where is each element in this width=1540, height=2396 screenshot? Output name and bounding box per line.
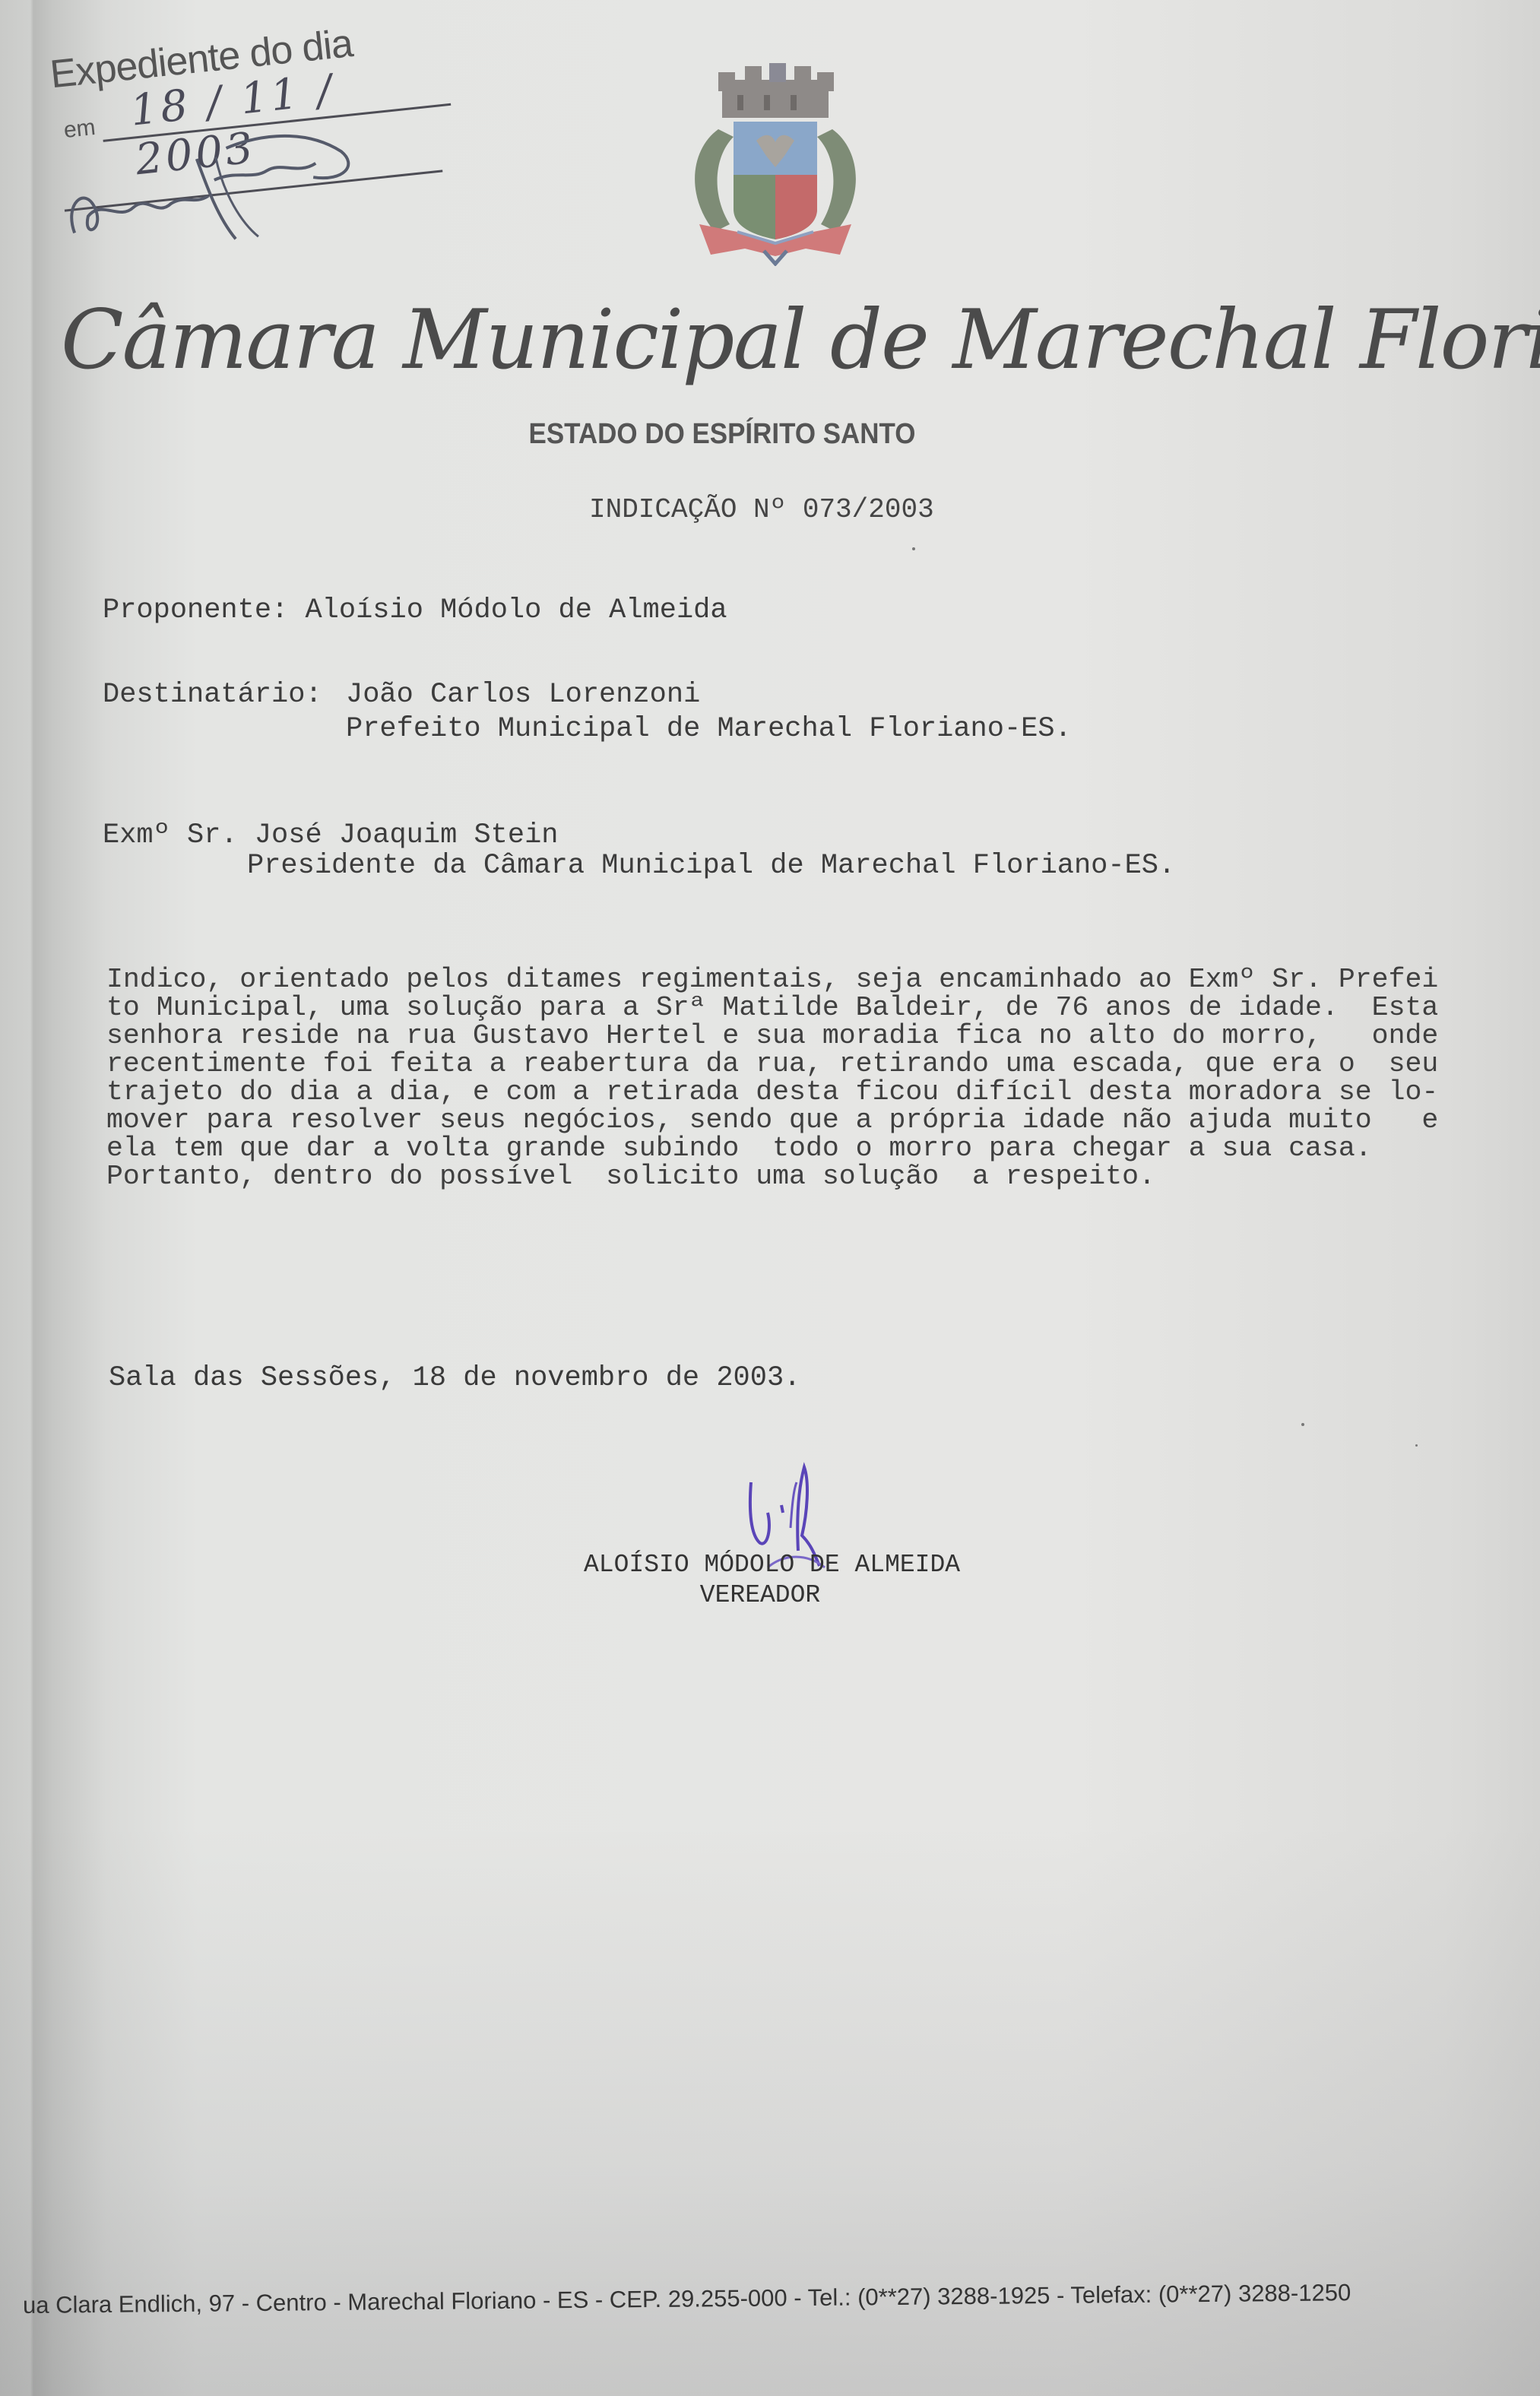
closing-date-line: Sala das Sessões, 18 de novembro de 2003… [109,1362,800,1394]
body-line: mover para resolver seus negócios, sendo… [106,1106,1414,1134]
body-line: recentimente foi feita a reabertura da r… [106,1050,1414,1078]
recipient-title: Prefeito Municipal de Marechal Floriano-… [346,713,1072,745]
paper-speck [1415,1444,1418,1447]
paper-speck [912,547,915,550]
addressee-title: Presidente da Câmara Municipal de Marech… [247,850,1175,882]
coat-of-arms-icon [684,57,867,266]
proponent-name: Aloísio Módolo de Almeida [305,594,727,626]
institution-title: Câmara Municipal de Marechal Floriano [61,293,1399,388]
recipient-label: Destinatário: [103,679,322,711]
addressee-line: Exmº Sr. José Joaquim Stein [103,819,559,851]
state-subtitle: ESTADO DO ESPÍRITO SANTO [58,418,1386,451]
body-line: Indico, orientado pelos ditames regiment… [106,965,1414,994]
body-line: trajeto do dia a dia, e com a retirada d… [106,1078,1414,1106]
proponent-line: Proponente: Aloísio Módolo de Almeida [103,594,727,626]
signatory-role: VEREADOR [0,1581,1520,1609]
body-line: senhora reside na rua Gustavo Hertel e s… [106,1022,1414,1050]
signatory-name: ALOÍSIO MÓDOLO DE ALMEIDA [584,1551,960,1579]
body-paragraph: Indico, orientado pelos ditames regiment… [106,965,1414,1190]
proponent-label: Proponente: [103,594,288,626]
received-stamp: Expediente do dia em 18 / 11 / 2003 [38,0,467,235]
body-line: Portanto, dentro do possível solicito um… [106,1162,1414,1190]
paper-speck [1301,1423,1304,1426]
body-line: ela tem que dar a volta grande subindo t… [106,1134,1414,1162]
recipient-name: João Carlos Lorenzoni [346,679,700,711]
body-line: to Municipal, uma solução para a Srª Mat… [106,994,1414,1022]
document-number: INDICAÇÃO Nº 073/2003 [589,494,934,525]
